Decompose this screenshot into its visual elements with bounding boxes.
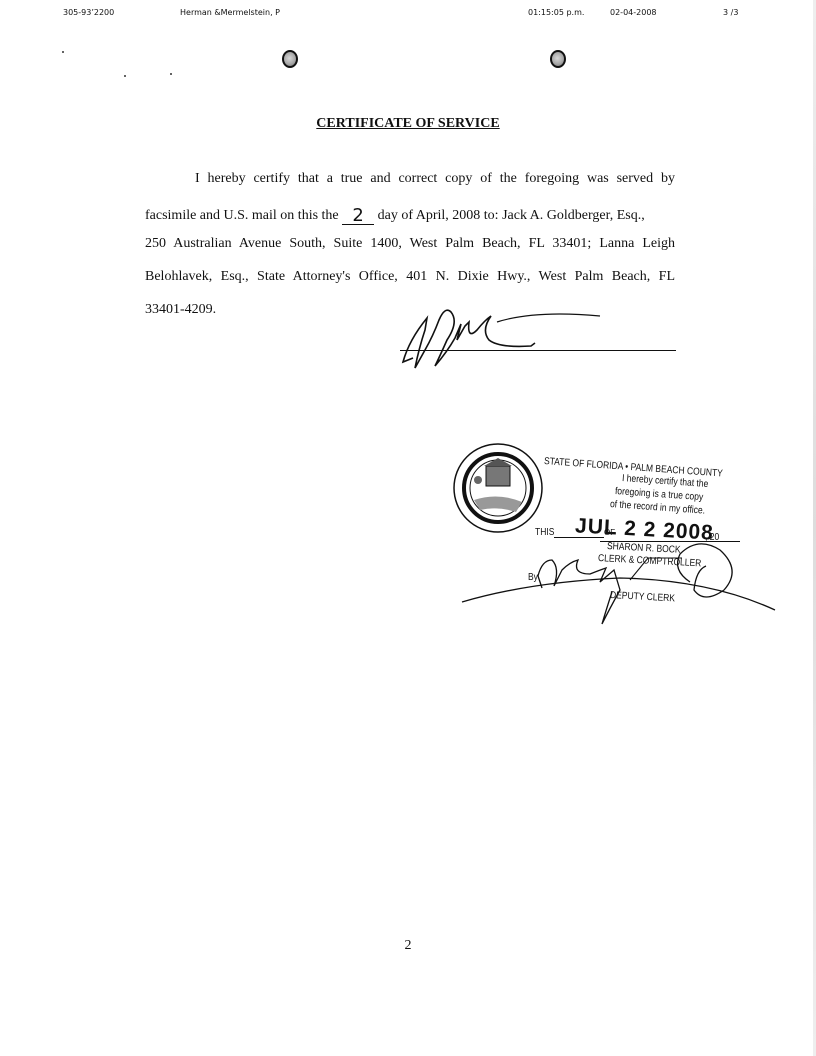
certificate-line-2-prefix: facsimile and U.S. mail on this the <box>145 208 339 223</box>
fax-phone: 305-93’2200 <box>63 8 114 17</box>
certificate-line-2: facsimile and U.S. mail on this the 2 da… <box>145 203 675 225</box>
document-page: 305-93’2200 Herman &Mermelstein, P 01:15… <box>0 0 816 1056</box>
clerk-certification-stamp: STATE OF FLORIDA • PALM BEACH COUNTY I h… <box>450 440 790 640</box>
certificate-line-2-suffix: day of April, 2008 to: Jack A. Goldberge… <box>378 208 645 223</box>
punch-hole-right-icon <box>550 50 566 68</box>
fax-date: 02-04-2008 <box>610 8 657 17</box>
fax-time: 01:15:05 p.m. <box>528 8 584 17</box>
fax-page-count: 3 /3 <box>723 8 738 17</box>
day-blank: 2 <box>342 203 374 225</box>
certificate-line-4: Belohlavek, Esq., State Attorney's Offic… <box>145 269 675 285</box>
attorney-signature-icon <box>395 300 635 375</box>
deputy-clerk-signature-icon <box>450 530 790 630</box>
page-number: 2 <box>0 938 816 954</box>
certificate-title: CERTIFICATE OF SERVICE <box>0 116 816 132</box>
handwritten-day: 2 <box>352 205 363 226</box>
clerk-seal-icon <box>450 440 550 540</box>
certificate-line-3: 250 Australian Avenue South, Suite 1400,… <box>145 236 675 252</box>
fax-sender: Herman &Mermelstein, P <box>180 8 280 17</box>
scan-speck <box>170 73 172 75</box>
punch-hole-left-icon <box>282 50 298 68</box>
scan-speck <box>124 75 126 77</box>
scan-speck <box>62 51 64 53</box>
certificate-line-1: I hereby certify that a true and correct… <box>195 171 675 187</box>
